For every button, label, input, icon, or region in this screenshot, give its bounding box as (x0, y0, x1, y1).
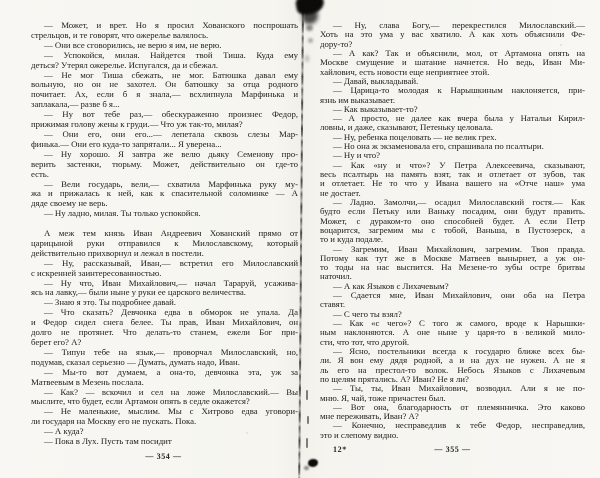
paragraph: — А как? Так и объяснили, мол, от Артамо… (320, 49, 585, 77)
text-line: А меж тем князь Иван Андреевич Хованский… (31, 229, 298, 239)
text-line: Потому как тут же в Москве Матвеев выныр… (320, 254, 585, 263)
text-line: — Успокойся, милая. Найдется твой Тиша. … (31, 51, 298, 61)
text-line: мню. Я, чай, тоже причастен был. (320, 394, 585, 403)
paragraph: — Ну, рассказывай, Иван,— встретил его М… (31, 259, 298, 279)
ink-speckle (308, 38, 313, 43)
paragraph: — Ты, ты, Иван Михайлович, возводил. Али… (320, 384, 585, 403)
text-line: берет его? А? (31, 338, 298, 348)
text-line: — Царица-то молодая к Нарышкиным наклоня… (320, 86, 585, 95)
paragraph: — Ну ладно, милая. Ты только успокойся. (31, 209, 298, 219)
paragraph: — Вот она, благодарность от племянничка.… (320, 403, 585, 422)
paragraph: А меж тем князь Иван Андреевич Хованский… (31, 229, 298, 259)
text-line: — Они его, они его...— лепетала сквозь с… (31, 130, 298, 140)
text-line: — Ну вот тебе раз,— обескураженно произн… (31, 110, 298, 120)
ink-smudge-bottom (308, 459, 318, 467)
text-line: — Не маленькие, мыслим. Мы с Хитрово едв… (31, 407, 298, 417)
text-line: стрельцов, и те говорят, что ожерелье ва… (31, 31, 298, 41)
text-line: — Ну хорошо. Я завтра же велю дьяку Семе… (31, 150, 298, 160)
paragraph: — Но она ж экзаменовала его, спрашивала … (320, 142, 585, 151)
text-line: Москве смущение и шатание начнется. Но в… (320, 58, 585, 67)
text-line: — Мы-то вот думаем, а она-то, девчонка э… (31, 368, 298, 378)
paragraph: — Мы-то вот думаем, а она-то, девчонка э… (31, 368, 298, 388)
text-line: царицыной руки отправился к Милославском… (31, 239, 298, 249)
text-line: — А куда? (31, 427, 298, 437)
paragraph: — Ну и что? (320, 151, 585, 160)
ink-speckle (305, 55, 309, 62)
text-line: жа и прижалась к ней, как к спасительной… (31, 189, 298, 199)
paragraph: — А как Языков с Лихачевым? (320, 282, 585, 291)
text-line: мне переживать, Иван? А? (320, 412, 585, 421)
text-line: — А как Языков с Лихачевым? (320, 282, 585, 291)
paragraph: — Пока в Лух. Пусть там посидит (31, 437, 298, 447)
paragraph: — Ладно. Замолчи,— осадил Милославский г… (320, 198, 585, 245)
gutter-mark (306, 438, 308, 448)
paragraph: — Они его, они его...— лепетала сквозь с… (31, 130, 298, 150)
paragraph: — Они все сговорились, не верю я им, не … (31, 41, 298, 51)
text-line: — Но она ж экзаменовала его, спрашивала … (320, 142, 585, 151)
text-line: Может, с дураком-то оно способней будет.… (320, 217, 585, 226)
page-number-left: — 354 — (30, 452, 297, 461)
text-line: — Ты, ты, Иван Михайлович, возводил. Али… (320, 384, 585, 393)
paragraph-gap (31, 219, 298, 229)
paragraph: — Как? — вскочил и сел на ложе Милославс… (31, 388, 298, 408)
ink-speckle (306, 25, 313, 31)
text-line: — Ну, ребенка поцеловать — не велик грех… (320, 133, 585, 142)
text-line: долго не протянет. Что делать-то станем,… (31, 328, 298, 338)
text-line: ли. Я вон ему дядя родной, а и на дух не… (320, 356, 585, 365)
text-line: по щелям прятались. А? Иван? Не я ли? (320, 375, 585, 384)
text-line: то тоды на нас выспится. На Мезене-то зу… (320, 263, 585, 272)
text-line: будто если Петьку или Ваньку посадим, он… (320, 207, 585, 216)
text-line: ли государя на Москву его не пускать. По… (31, 417, 298, 427)
text-line: — Знаю я это. Ты подробнее давай. (31, 298, 298, 308)
text-line: дяде своему не верь. (31, 199, 298, 209)
text-line: прижимая голову жены к груди.— Что уж та… (31, 120, 298, 130)
text-line: с искренней заинтересованностью. (31, 269, 298, 279)
page-left-text: — Может, и врет. Но я просил Хованского … (31, 21, 298, 451)
text-line: деться? Утерял ожерелье. Испугался, да и… (31, 61, 298, 71)
paragraph: — Как «ну и что»? У Петра Алексеевича, с… (320, 161, 585, 198)
text-line: — Сдается мне, Иван Михайлович, они оба … (320, 291, 585, 300)
text-line: заплакала,— разве б я... (31, 100, 298, 110)
text-line: — Ну и что? (320, 151, 585, 160)
book-scan-spread: — Может, и врет. Но я просил Хованского … (0, 0, 600, 478)
text-line: ставят. (320, 300, 585, 309)
paragraph: — Ну, ребенка поцеловать — не велик грех… (320, 133, 585, 142)
text-line: — Может, и врет. Но я просил Хованского … (31, 21, 298, 31)
text-line: — Загремим, Иван Михайлович, загремим. Т… (320, 245, 585, 254)
text-line: — Как? — вскочил и сел на ложе Милославс… (31, 388, 298, 398)
text-line: то и куда подале. (320, 235, 585, 244)
text-line: финька.— Они его куда-то запрятали... Я … (31, 140, 298, 150)
text-line: — Они все сговорились, не верю я им, не … (31, 41, 298, 51)
text-line: дору-то? (320, 40, 585, 49)
gutter-mark (306, 390, 308, 400)
paragraph: — Царица-то молодая к Нарышкиным наклоня… (320, 86, 585, 105)
text-line: — Что сказать? Девчонка едва в обморок н… (31, 308, 298, 318)
text-line: сти, что тот, что другой. (320, 338, 585, 347)
ink-smudge-top (302, 9, 318, 24)
text-line: есть. (31, 170, 298, 180)
paper-speckle (150, 142, 152, 144)
text-line: Матвеевым в Мезень послала. (31, 378, 298, 388)
text-line: ловны, и даже, сказывают, Петеньку целов… (320, 123, 585, 132)
text-line: — Ну, рассказывай, Иван,— встретил его М… (31, 259, 298, 269)
text-line: — Ну ладно, милая. Ты только успокойся. (31, 209, 298, 219)
paragraph: — Вели государь, вели,— схватила Марфинь… (31, 180, 298, 210)
page-number-right: — 355 — (320, 445, 585, 454)
text-line: воцарится, загремим мы с тобой, Ваньша, … (320, 226, 585, 235)
paragraph: — Ну, слава Богу,— перекрестился Милосла… (320, 21, 585, 49)
text-line: ясь на лавку,— были ныне у руки ее царск… (31, 288, 298, 298)
paragraph: — Типун тебе на язык,— проворчал Милосла… (31, 348, 298, 368)
paragraph: — Сдается мне, Иван Михайлович, они оба … (320, 291, 585, 310)
paragraph: — Может, и врет. Но я просил Хованского … (31, 21, 298, 41)
text-line: — Как выказывает-то? (320, 105, 585, 114)
paragraph: — Ну что, Иван Михайлович,— начал Тарару… (31, 279, 298, 299)
text-line: хайлович, есть новости еще неприятнее эт… (320, 68, 585, 77)
text-line: — Как «ну и что»? У Петра Алексеевича, с… (320, 161, 585, 170)
paragraph: — Ну хорошо. Я завтра же велю дьяку Семе… (31, 150, 298, 180)
paragraph: — Что сказать? Девчонка едва в обморок н… (31, 308, 298, 348)
text-line: — Типун тебе на язык,— проворчал Милосла… (31, 348, 298, 358)
text-line: — А просто, не далее как вчера была у На… (320, 114, 585, 123)
text-line: — Пока в Лух. Пусть там посидит (31, 437, 298, 447)
text-line: — С чего ты взял? (320, 310, 585, 319)
ink-speckle (304, 466, 309, 470)
page-right-text: — Ну, слава Богу,— перекрестился Милосла… (320, 21, 585, 445)
gutter-binding-line (298, 0, 303, 478)
paragraph: — С чего ты взял? (320, 310, 585, 319)
text-line: и Федор сидел снега белее. Ты прав, Иван… (31, 318, 298, 328)
text-line: не достает. (320, 189, 585, 198)
text-line: весь псалтырь на память взят, так и отле… (320, 170, 585, 179)
paragraph: — Знаю я это. Ты подробнее давай. (31, 298, 298, 308)
paper-speckle (522, 332, 524, 334)
text-line: подумав, сказал серьезно — Думать, думат… (31, 358, 298, 368)
text-line: это и слепому видно. (320, 431, 585, 440)
paper-speckle (92, 305, 94, 307)
text-line: — Конечно, несправедлив к тебе Федор, не… (320, 421, 585, 430)
gutter-mark (307, 416, 309, 424)
paper-speckle (478, 96, 480, 98)
paragraph: — Не маленькие, мыслим. Мы с Хитрово едв… (31, 407, 298, 427)
text-line: действительно прихворнул и лежал в посте… (31, 249, 298, 259)
text-line: — Вели государь, вели,— схватила Марфинь… (31, 180, 298, 190)
paragraph: — А просто, не далее как вчера была у На… (320, 114, 585, 133)
paragraph: — Загремим, Иван Михайлович, загремим. Т… (320, 245, 585, 282)
text-line: — Ну что, Иван Михайлович,— начал Тарару… (31, 279, 298, 289)
text-line: — Как «с чего»? С того ж самого, вроде к… (320, 319, 585, 328)
text-line: — Давай, выкладывай. (320, 77, 585, 86)
text-line: — Ладно. Замолчи,— осадил Милославский г… (320, 198, 585, 207)
text-line: и отлетает. Не то что у Ивана вашего на … (320, 179, 585, 188)
text-line: вольную, но он не захотел. Он батюшку за… (31, 80, 298, 90)
paper-speckle (560, 44, 562, 46)
text-line: — Ну, слава Богу,— перекрестился Милосла… (320, 21, 585, 30)
text-line: — Не мог Тиша сбежать, не мог. Батюшка д… (31, 71, 298, 81)
paragraph: — Не мог Тиша сбежать, не мог. Батюшка д… (31, 71, 298, 111)
paragraph: — Как «с чего»? С того ж самого, вроде к… (320, 319, 585, 347)
paper-speckle (246, 432, 248, 434)
text-line: — Вот она, благодарность от племянничка.… (320, 403, 585, 412)
text-line: Хоть на это ума у вас хватило. А как хот… (320, 30, 585, 39)
paragraph: — Давай, выкладывай. (320, 77, 585, 86)
text-line: ным наклоняются. А оне ныне у царя-то в … (320, 328, 585, 337)
paragraph: — Конечно, несправедлив к тебе Федор, не… (320, 421, 585, 440)
paragraph: — Ясно, постельники всегда к государю бл… (320, 347, 585, 384)
text-line: ль его на престол-то волок. Небось Языко… (320, 366, 585, 375)
text-line: — А как? Так и объяснили, мол, от Артамо… (320, 49, 585, 58)
paragraph: — Успокойся, милая. Найдется твой Тиша. … (31, 51, 298, 71)
text-line: наточил. (320, 272, 585, 281)
text-line: мыслите, что будет, если Артамон опять в… (31, 397, 298, 407)
paragraph: — Как выказывает-то? (320, 105, 585, 114)
paragraph: — А куда? (31, 427, 298, 437)
text-line: верить застенки, тюрьму. Может, действит… (31, 160, 298, 170)
text-line: — Ясно, постельники всегда к государю бл… (320, 347, 585, 356)
text-line: почитает. Ах, если б я знала,— всхлипнул… (31, 90, 298, 100)
text-line: язнь им выказывает. (320, 96, 585, 105)
paragraph: — Ну вот тебе раз,— обескураженно произн… (31, 110, 298, 130)
